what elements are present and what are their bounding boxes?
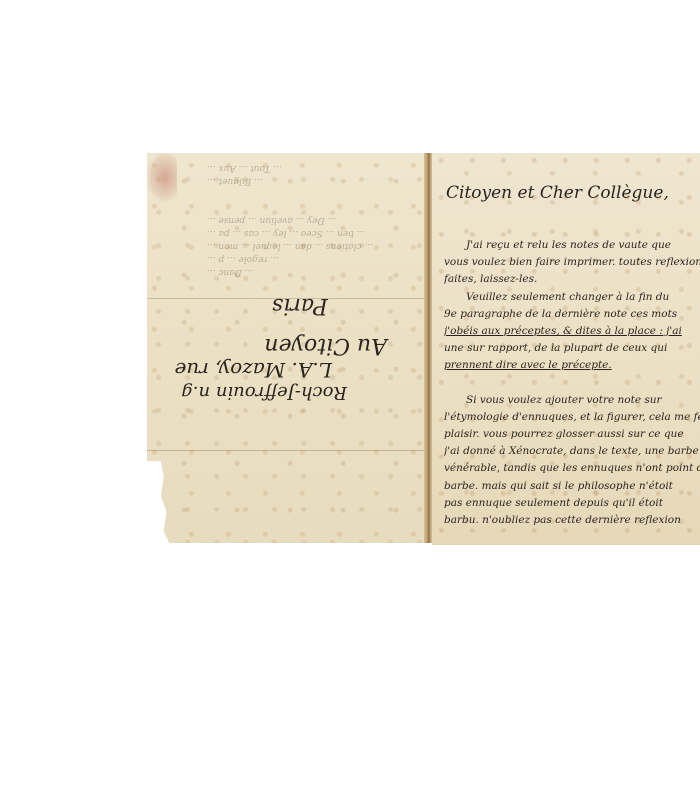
text-line: barbe. mais qui sait si le philosophe n'…: [444, 478, 700, 495]
left-page-address-side: ... Danc ... ... regole ... p ... ... cl…: [147, 153, 425, 543]
letter-photograph: ... Danc ... ... regole ... p ... ... cl…: [0, 0, 700, 800]
faded-line: ... Danc ...: [207, 265, 417, 278]
text-line: vénérable, tandis que les ennuques n'ont…: [444, 460, 700, 477]
text-line: J'ai reçu et relu les notes de vaute que: [444, 237, 700, 254]
text-line: barbu. n'oubliez pas cette dernière refl…: [444, 512, 700, 529]
faded-line: ... regole ... p ...: [207, 252, 417, 265]
right-page-letter-text: Citoyen et Cher Collègue, J'ai reçu et r…: [432, 153, 700, 545]
salutation: Citoyen et Cher Collègue,: [446, 183, 669, 203]
text-line: j'ai donné à Xénocrate, dans le texte, u…: [444, 443, 700, 460]
address-line-1: Au Citoyen: [157, 333, 387, 358]
address-line-3: Roch-Jeffrouin n.g: [157, 382, 347, 403]
text-line: plaisir. vous pourrez glosser aussi sur …: [444, 426, 700, 443]
paragraph-gap: [444, 375, 700, 392]
text-line: une sur rapport, de la plupart de ceux q…: [444, 340, 700, 357]
faded-line: ... Dey ... aveliun ... pense ...: [207, 213, 417, 226]
faded-line: ... ben ... Sceo ... ley ... cas ... pa …: [207, 226, 417, 239]
postmark-paris: Paris: [272, 293, 328, 318]
text-line: l'étymologie d'ennuques, et la figurer, …: [444, 409, 700, 426]
binding-crease: [424, 153, 432, 543]
text-line: 9e paragraphe de la dernière note ces mo…: [444, 306, 700, 323]
faded-line: ... Bilguet ...: [207, 174, 417, 187]
text-line: Veuillez seulement changer à la fin du: [444, 289, 700, 306]
recipient-address: Roch-Jeffrouin n.g L.A. Mazoy, rue Au Ci…: [157, 333, 387, 403]
letter-body: J'ai reçu et relu les notes de vaute que…: [444, 237, 700, 529]
text-line: faites, laissez-les.: [444, 271, 700, 288]
faded-bleedthrough-text: ... Danc ... ... regole ... p ... ... cl…: [207, 161, 417, 278]
faded-line: ... clatiens ... dan ... lequel ... mon …: [207, 239, 417, 252]
text-line: j'obéis aux préceptes, & dites à la plac…: [444, 323, 700, 340]
wax-seal-stain: [147, 153, 177, 201]
text-line: prennent dire avec le précepte.: [444, 357, 700, 374]
text-line: vous voulez bien faire imprimer. toutes …: [444, 254, 700, 271]
text-line: Si vous voulez ajouter votre note sur: [444, 392, 700, 409]
text-line: pas ennuque seulement depuis qu'il étoit: [444, 495, 700, 512]
faded-line: ... Tout ... Aux ...: [207, 161, 417, 174]
address-line-2: L.A. Mazoy, rue: [157, 358, 332, 382]
fold-line: [147, 450, 425, 451]
